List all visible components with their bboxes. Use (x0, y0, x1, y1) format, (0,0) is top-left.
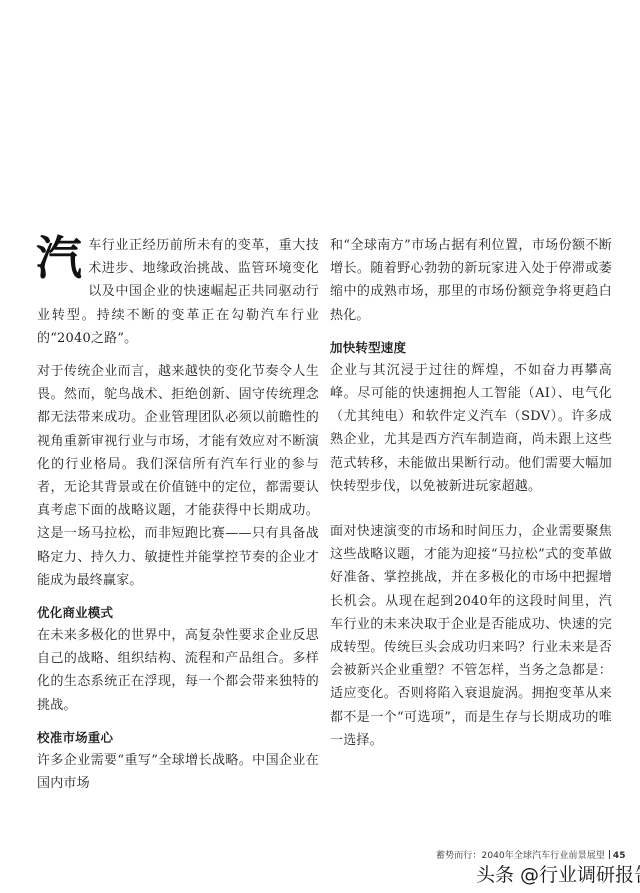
watermark: 头条 @行业调研报告 (476, 860, 640, 887)
paragraph-2: 对于传统企业而言，越来越快的变化节奏令人生畏。然而，鸵鸟战术、拒绝创新、固守传统… (37, 360, 319, 592)
intro-paragraph: 汽车行业正经历前所未有的变革，重大技术进步、地缘政治挑战、监管环境变化以及中国企… (37, 234, 319, 350)
section-body-business-model: 在未来多极化的世界中，高复杂性要求企业反思自己的战略、组织结构、流程和产品组合。… (37, 624, 319, 717)
section-heading-market-focus: 校准市场重心 (37, 727, 319, 749)
section-heading-transformation: 加快转型速度 (330, 337, 612, 359)
right-column: 和“全球南方”市场占据有利位置，市场份额不断增长。随着野心勃勃的新玩家进入处于停… (330, 234, 612, 762)
section-body-market-focus: 许多企业需要“重写”全球增长战略。中国企业在国内市场 (37, 749, 319, 795)
closing-paragraph: 面对快速演变的市场和时间压力，企业需要聚焦这些战略议题，才能为迎接“马拉松”式的… (330, 520, 612, 752)
left-column: 汽车行业正经历前所未有的变革，重大技术进步、地缘政治挑战、监管环境变化以及中国企… (37, 234, 319, 805)
drop-cap: 汽 (36, 236, 82, 282)
continuation-paragraph: 和“全球南方”市场占据有利位置，市场份额不断增长。随着野心勃勃的新玩家进入处于停… (330, 234, 612, 327)
section-body-transformation: 企业与其沉浸于过往的辉煌，不如奋力再攀高峰。尽可能的快速拥抱人工智能（AI）、电… (330, 359, 612, 498)
footer-divider (609, 850, 610, 859)
section-heading-business-model: 优化商业模式 (37, 602, 319, 624)
